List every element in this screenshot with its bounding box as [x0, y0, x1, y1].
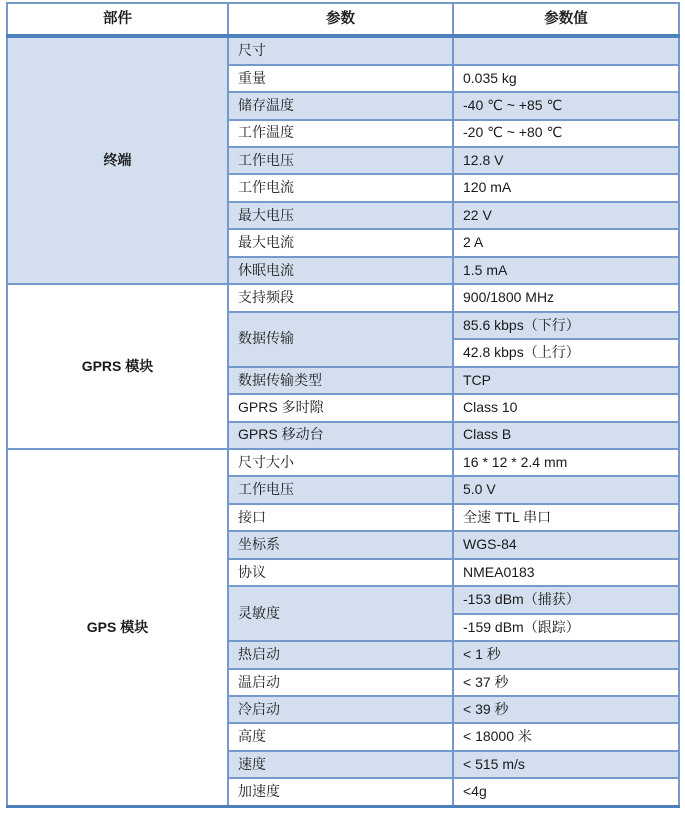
param-cell: 数据传输类型	[228, 367, 453, 394]
value-cell: <4g	[453, 778, 679, 806]
param-cell: 工作电流	[228, 174, 453, 201]
value-cell: < 18000 米	[453, 723, 679, 750]
param-cell: 重量	[228, 65, 453, 92]
value-cell: 12.8 V	[453, 147, 679, 174]
component-cell-gps: GPS 模块	[7, 449, 228, 807]
value-cell: < 37 秒	[453, 669, 679, 696]
header-row: 部件 参数 参数值	[7, 3, 679, 36]
value-cell: NMEA0183	[453, 559, 679, 586]
value-cell: 22 V	[453, 202, 679, 229]
param-cell: 冷启动	[228, 696, 453, 723]
param-cell: GPRS 移动台	[228, 422, 453, 449]
value-cell: 85.6 kbps（下行）	[453, 312, 679, 339]
table-row: GPRS 模块 支持频段 900/1800 MHz	[7, 284, 679, 311]
param-cell: 最大电流	[228, 229, 453, 256]
value-cell: 900/1800 MHz	[453, 284, 679, 311]
col-header-param: 参数	[228, 3, 453, 36]
param-cell: 接口	[228, 504, 453, 531]
param-cell: 工作电压	[228, 476, 453, 503]
param-cell: 热启动	[228, 641, 453, 668]
col-header-value: 参数值	[453, 3, 679, 36]
param-cell: 工作温度	[228, 120, 453, 147]
param-cell-sensitivity: 灵敏度	[228, 586, 453, 641]
value-cell: 42.8 kbps（上行）	[453, 339, 679, 366]
param-cell: 温启动	[228, 669, 453, 696]
value-cell: -20 ℃ ~ +80 ℃	[453, 120, 679, 147]
value-cell: WGS-84	[453, 531, 679, 558]
param-cell: 休眠电流	[228, 257, 453, 284]
value-cell: -159 dBm（跟踪）	[453, 614, 679, 641]
value-cell: Class B	[453, 422, 679, 449]
param-cell: 加速度	[228, 778, 453, 806]
value-cell: -153 dBm（捕获）	[453, 586, 679, 613]
value-cell: < 515 m/s	[453, 751, 679, 778]
value-cell: 全速 TTL 串口	[453, 504, 679, 531]
param-cell: 尺寸大小	[228, 449, 453, 476]
col-header-component: 部件	[7, 3, 228, 36]
table-row: 终端 尺寸	[7, 36, 679, 65]
table-row: GPS 模块 尺寸大小 16 * 12 * 2.4 mm	[7, 449, 679, 476]
param-cell: 速度	[228, 751, 453, 778]
param-cell: GPRS 多时隙	[228, 394, 453, 421]
param-cell: 工作电压	[228, 147, 453, 174]
param-cell: 储存温度	[228, 92, 453, 119]
value-cell: 1.5 mA	[453, 257, 679, 284]
value-cell: 16 * 12 * 2.4 mm	[453, 449, 679, 476]
value-cell: TCP	[453, 367, 679, 394]
spec-table: 部件 参数 参数值 终端 尺寸 重量 0.035 kg 储存温度 -40 ℃ ~…	[6, 2, 680, 808]
component-cell-terminal: 终端	[7, 36, 228, 284]
value-cell: 5.0 V	[453, 476, 679, 503]
param-cell: 支持频段	[228, 284, 453, 311]
value-cell: 2 A	[453, 229, 679, 256]
param-cell: 协议	[228, 559, 453, 586]
value-cell: < 39 秒	[453, 696, 679, 723]
value-cell: 0.035 kg	[453, 65, 679, 92]
value-cell: Class 10	[453, 394, 679, 421]
param-cell-data-transfer: 数据传输	[228, 312, 453, 367]
param-cell: 高度	[228, 723, 453, 750]
component-cell-gprs: GPRS 模块	[7, 284, 228, 449]
param-cell: 最大电压	[228, 202, 453, 229]
value-cell	[453, 36, 679, 65]
value-cell: -40 ℃ ~ +85 ℃	[453, 92, 679, 119]
param-cell: 尺寸	[228, 36, 453, 65]
value-cell: < 1 秒	[453, 641, 679, 668]
spec-document-page: 部件 参数 参数值 终端 尺寸 重量 0.035 kg 储存温度 -40 ℃ ~…	[0, 0, 685, 814]
value-cell: 120 mA	[453, 174, 679, 201]
param-cell: 坐标系	[228, 531, 453, 558]
